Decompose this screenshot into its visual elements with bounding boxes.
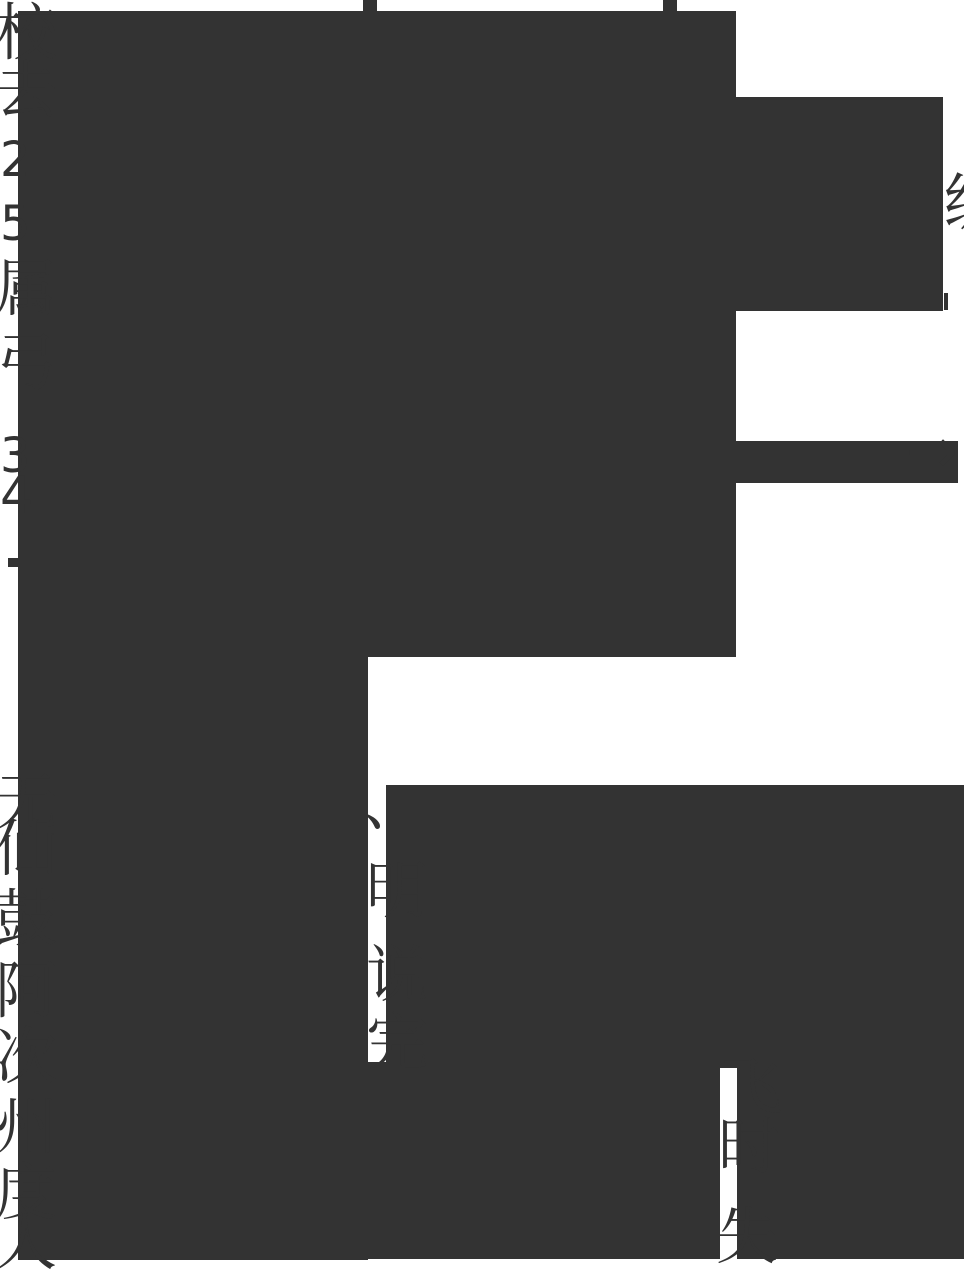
glyph-fragment-left-line12: 阿 — [0, 960, 57, 1022]
glyph-fragment-gap2-shi: 时 — [718, 1116, 780, 1178]
glyph-nub-left-line9 — [8, 558, 18, 567]
glyph-nub-bottom-right-1 — [958, 1170, 964, 1184]
glyph-fragment-gap1-ming: 明 — [366, 860, 428, 922]
glyph-fragment-left-line3: 2 — [0, 136, 31, 184]
glyph-fragment-left-line2: 去 — [0, 60, 57, 122]
glyph-nub-right-block — [944, 293, 948, 310]
glyph-fragment-left-line16: 人 — [0, 1212, 57, 1274]
glyph-nub-top-1 — [363, 0, 377, 11]
glyph-fragment-gap2-shi2: 失 — [716, 1206, 778, 1268]
glyph-fragment-left-line11: 鼓 — [0, 888, 57, 950]
arrow-glyph-fragment: → — [906, 420, 958, 482]
redacted-text-block-lower-right-top — [386, 785, 964, 1068]
redacted-text-gap-closure — [368, 1062, 386, 1259]
glyph-fragment-gap1-shuo: 说 — [366, 944, 428, 1006]
glyph-fragment-left-line13: 次 — [0, 1026, 57, 1088]
glyph-fragment-left-line10: 仙 — [0, 818, 57, 880]
redacted-text-block-lower-left — [18, 657, 368, 1260]
glyph-fragment-left-line5: 属 — [0, 258, 57, 320]
glyph-fragment-gap1-wan: 完 — [366, 1012, 428, 1074]
glyph-fragment-left-line8: 4 — [0, 470, 33, 522]
document-page: 校 去 2 5 属 弓 3 4 无 仙 鼓 阿 次 州 度 人 级 → 、 明 … — [0, 0, 964, 1283]
glyph-fragment-left-line6: 弓 — [0, 332, 57, 394]
redacted-text-block-upper-right — [736, 97, 943, 311]
glyph-fragment-left-line14: 州 — [0, 1096, 57, 1158]
redacted-text-block-lower-mid — [386, 1068, 720, 1259]
glyph-nub-bottom-right-2 — [958, 1244, 964, 1257]
glyph-fragment-gap2-fei: 飞 — [720, 1056, 782, 1118]
glyph-fragment-left-line4: 5 — [0, 200, 31, 248]
glyph-nub-top-2 — [663, 0, 677, 11]
redacted-text-block-upper — [18, 11, 736, 657]
glyph-fragment-gap1-comma: 、 — [362, 772, 424, 834]
glyph-fragment-right-ji: 级 — [944, 172, 964, 234]
